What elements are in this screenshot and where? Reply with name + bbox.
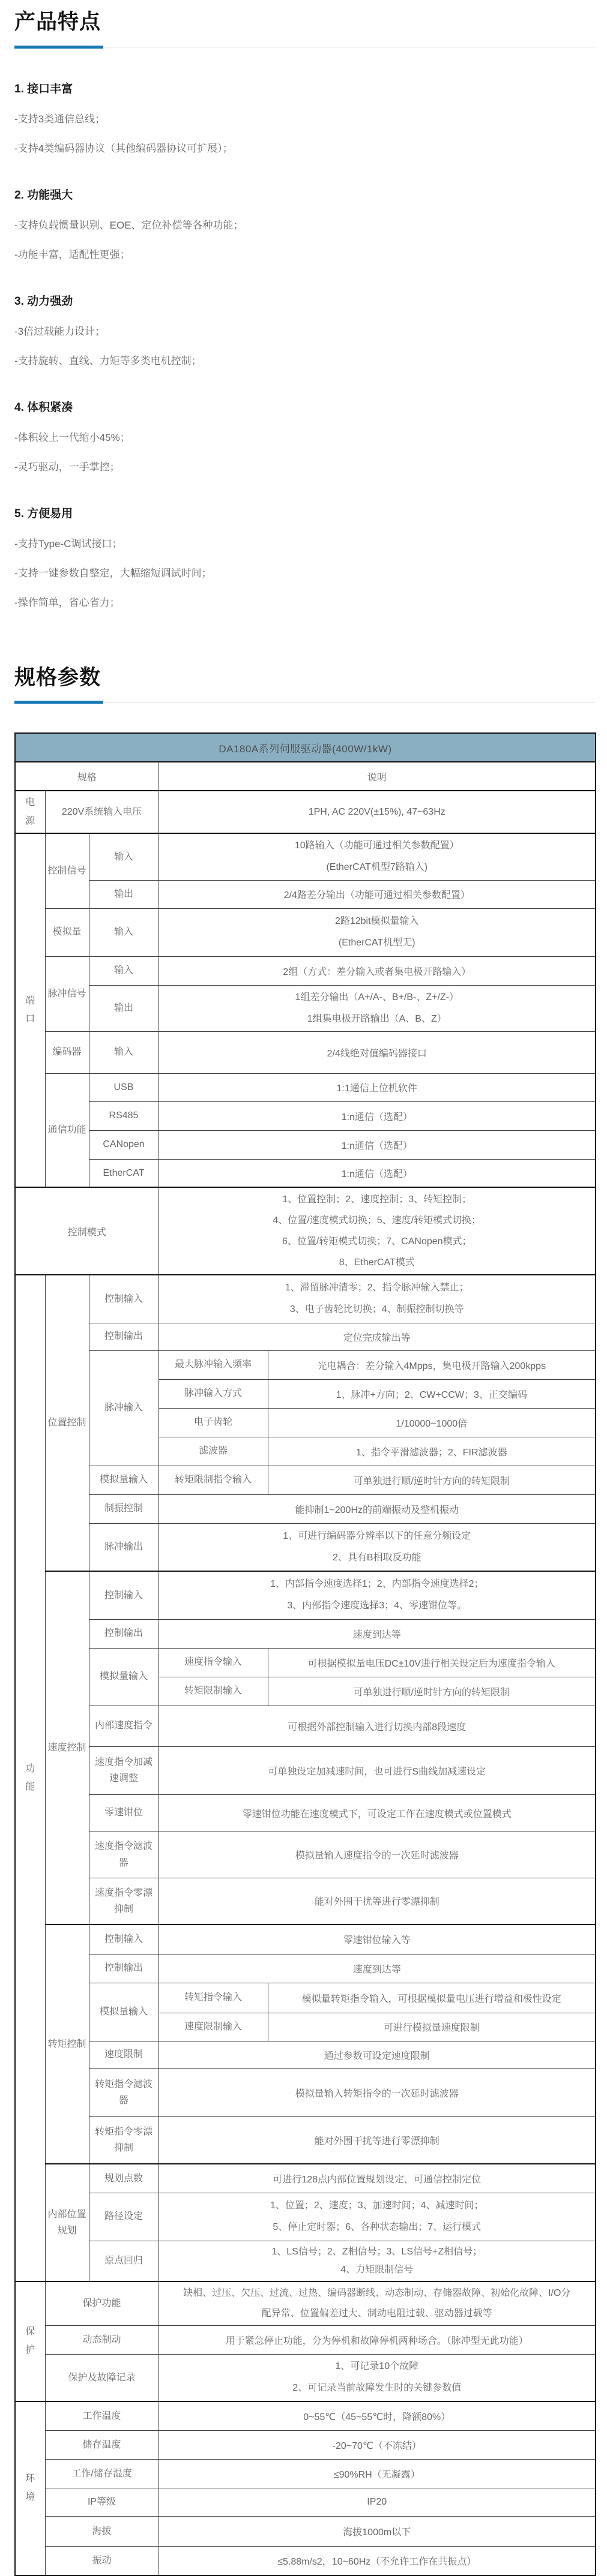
- title-underline: [14, 701, 595, 704]
- table-title-row: DA180A系列伺服驱动器(400W/1kW): [15, 733, 596, 762]
- table-row: 转矩控制 控制输入 零速钳位输入等: [15, 1925, 596, 1954]
- spec-label-cell: 控制输入: [89, 1275, 159, 1323]
- header-desc: 说明: [159, 762, 596, 791]
- spec-desc-cell: 可单独进行顺/逆时针方向的转矩限制: [268, 1677, 596, 1706]
- group-pulse-input: 脉冲输入: [89, 1350, 159, 1466]
- category-power: 电源: [15, 791, 45, 833]
- spec-desc-cell: 可单独设定加减速时间，也可进行S曲线加减速设定: [159, 1746, 596, 1794]
- spec-label-cell: 最大脉冲输入频率: [159, 1350, 268, 1379]
- table-row: 速度指令零漂抑制 能对外围干扰等进行零漂抑制: [15, 1878, 596, 1925]
- spec-label-cell: 海拔: [45, 2517, 159, 2547]
- table-row: 通信功能 USB 1:1通信上位机软件: [15, 1073, 596, 1101]
- spec-desc-cell: 1/10000~1000倍: [268, 1408, 596, 1437]
- table-row: 速度指令滤波器 模拟量输入速度指令的一次延时滤波器: [15, 1832, 596, 1878]
- spec-desc-cell: 2组（方式：差分输入或者集电极开路输入）: [159, 956, 596, 985]
- feature-heading: 2. 功能强大: [14, 186, 595, 202]
- table-row: 编码器 输入 2/4线绝对值编码器接口: [15, 1031, 596, 1073]
- spec-desc-cell: 1、指令平滑滤波器；2、FIR滤波器: [268, 1437, 596, 1466]
- table-row: 功能 位置控制 控制输入 1、滞留脉冲清零；2、指令脉冲输入禁止；3、电子齿轮比…: [15, 1275, 596, 1323]
- specs-title: 规格参数: [14, 664, 595, 692]
- spec-desc-cell: 可进行模拟量速度限制: [268, 2013, 596, 2041]
- spec-desc-cell: 可根据外部控制输入进行切换内部8段速度: [159, 1706, 596, 1746]
- feature-item: -功能丰富，适配性更强；: [14, 246, 595, 261]
- spec-desc-cell: 零速钳位输入等: [159, 1925, 596, 1954]
- group-analog-input: 模拟量输入: [89, 1648, 159, 1706]
- spec-desc-cell: 1:n通信（选配）: [159, 1159, 596, 1187]
- table-row: 控制输出 速度到达等: [15, 1954, 596, 1983]
- spec-desc-cell: 可根据模拟量电压DC±10V进行相关设定后为速度指令输入: [268, 1648, 596, 1677]
- spec-label-cell: 输出: [89, 985, 159, 1031]
- spec-label-cell: 路径设定: [89, 2193, 159, 2241]
- spec-label-cell: 速度限制: [89, 2041, 159, 2068]
- table-row: 动态制动 用于紧急停止功能，分为停机和故障停机两种场合。（脉冲型无此功能）: [15, 2326, 596, 2355]
- spec-desc-cell: 零速钳位功能在速度模式下，可设定工作在速度模式或位置模式: [159, 1794, 596, 1832]
- table-row: 转矩指令零漂抑制 能对外围干扰等进行零漂抑制: [15, 2116, 596, 2164]
- spec-label-cell: 速度指令加减速调整: [89, 1746, 159, 1794]
- group-encoder: 编码器: [45, 1031, 89, 1073]
- category-port: 端口: [15, 833, 45, 1187]
- table-row: CANopen 1:n通信（选配）: [15, 1130, 596, 1159]
- spec-label-cell: 内部速度指令: [89, 1706, 159, 1746]
- table-row: 端口 控制信号 输入 10路输入（功能可通过相关参数配置）(EtherCAT机型…: [15, 833, 596, 880]
- spec-label-cell: 规划点数: [89, 2164, 159, 2193]
- spec-label-cell: 工作温度: [45, 2401, 159, 2431]
- spec-desc-cell: 1:1通信上位机软件: [159, 1073, 596, 1101]
- spec-label-cell: 输入: [89, 1031, 159, 1073]
- group-analog-input: 模拟量输入: [89, 1983, 159, 2041]
- spec-label-cell: EtherCAT: [89, 1159, 159, 1187]
- spec-label-cell: 储存温度: [45, 2431, 159, 2460]
- spec-desc-cell: 速度到达等: [159, 1954, 596, 1983]
- spec-desc-cell: 模拟量输入速度指令的一次延时滤波器: [159, 1832, 596, 1878]
- spec-label-cell: 电子齿轮: [159, 1408, 268, 1437]
- spec-desc-cell: 能对外围干扰等进行零漂抑制: [159, 2116, 596, 2164]
- group-ctrl-signal: 控制信号: [45, 833, 89, 908]
- spec-desc-cell: 1、可记录10个故障2、可记录当前故障发生时的关键参数值: [159, 2355, 596, 2401]
- feature-item: -3倍过载能力设计；: [14, 323, 595, 338]
- spec-desc-cell: 速度到达等: [159, 1619, 596, 1648]
- feature-item: -支持4类编码器协议（其他编码器协议可扩展）；: [14, 140, 595, 155]
- spec-label-cell: 脉冲输入方式: [159, 1379, 268, 1408]
- spec-label-cell: RS485: [89, 1101, 159, 1130]
- underline-gray-line: [103, 47, 595, 47]
- spec-label-cell: 控制输出: [89, 1954, 159, 1983]
- group-position-control: 位置控制: [45, 1275, 89, 1571]
- table-row: 内部位置规划 规划点数 可进行128点内部位置规划设定，可通信控制定位: [15, 2164, 596, 2193]
- spec-label-cell: 保护及故障记录: [45, 2355, 159, 2401]
- table-row: 原点回归 1、LS信号；2、Z相信号；3、LS信号+Z相信号；4、力矩限制信号: [15, 2241, 596, 2281]
- spec-label-cell: USB: [89, 1073, 159, 1101]
- group-comm: 通信功能: [45, 1073, 89, 1187]
- table-row: 模拟量 输入 2路12bit模拟量输入(EtherCAT机型无): [15, 908, 596, 956]
- ctrl-mode-label: 控制模式: [15, 1187, 159, 1275]
- feature-group-usability: 5. 方便易用 -支持Type-C调试接口； -支持一键参数自整定，大幅缩短调试…: [14, 505, 595, 609]
- table-row: 储存温度 -20~70℃（不冻结）: [15, 2431, 596, 2460]
- spec-desc-cell: 能对外围干扰等进行零漂抑制: [159, 1878, 596, 1925]
- spec-label-cell: 输入: [89, 956, 159, 985]
- group-internal-position-plan: 内部位置规划: [45, 2164, 89, 2281]
- spec-desc-cell: IP20: [159, 2488, 596, 2517]
- spec-label-cell: 控制输出: [89, 1323, 159, 1350]
- spec-label-cell: 速度指令零漂抑制: [89, 1878, 159, 1925]
- table-row: 内部速度指令 可根据外部控制输入进行切换内部8段速度: [15, 1706, 596, 1746]
- spec-label-cell: 输入: [89, 833, 159, 880]
- table-row: 控制输出 速度到达等: [15, 1619, 596, 1648]
- spec-label-cell: CANopen: [89, 1130, 159, 1159]
- feature-item: -支持一键参数自整定，大幅缩短调试时间；: [14, 565, 595, 580]
- table-row: 控制模式 1、位置控制；2、速度控制；3、转矩控制； 4、位置/速度模式切换；5…: [15, 1187, 596, 1275]
- table-header-row: 规格 说明: [15, 762, 596, 791]
- table-row: 脉冲信号 输入 2组（方式：差分输入或者集电极开路输入）: [15, 956, 596, 985]
- table-row: EtherCAT 1:n通信（选配）: [15, 1159, 596, 1187]
- table-row: 速度控制 控制输入 1、内部指令速度选择1；2、内部指令速度选择2；3、内部指令…: [15, 1571, 596, 1619]
- title-underline: [14, 46, 595, 49]
- spec-label-cell: 控制输入: [89, 1925, 159, 1954]
- table-row: 零速钳位 零速钳位功能在速度模式下，可设定工作在速度模式或位置模式: [15, 1794, 596, 1832]
- spec-desc-cell: 2/4线绝对值编码器接口: [159, 1031, 596, 1073]
- spec-desc-cell: 海拔1000m以下: [159, 2517, 596, 2547]
- spec-desc-cell: 1、位置控制；2、速度控制；3、转矩控制； 4、位置/速度模式切换；5、速度/转…: [159, 1187, 596, 1275]
- spec-desc-cell: 10路输入（功能可通过相关参数配置）(EtherCAT机型7路输入): [159, 833, 596, 880]
- spec-desc-cell: 1、位置；2、速度；3、加速时间；4、减速时间；5、停止定时器；6、各种状态输出…: [159, 2193, 596, 2241]
- spec-label-cell: 速度指令输入: [159, 1648, 268, 1677]
- spec-desc-cell: 1、内部指令速度选择1；2、内部指令速度选择2；3、内部指令速度选择3；4、零速…: [159, 1571, 596, 1619]
- spec-label-cell: 转矩指令输入: [159, 1983, 268, 2013]
- category-function: 功能: [15, 1275, 45, 2281]
- spec-label-cell: 输入: [89, 908, 159, 956]
- feature-group-size: 4. 体积紧凑 -体积较上一代缩小45%； -灵巧驱动，一手掌控；: [14, 398, 595, 473]
- group-pulse-signal: 脉冲信号: [45, 956, 89, 1031]
- category-environment: 环境: [15, 2401, 45, 2575]
- feature-item: -支持负载惯量识别、EOE、定位补偿等各种功能；: [14, 217, 595, 232]
- spec-label-cell: 零速钳位: [89, 1794, 159, 1832]
- spec-label-cell: 工作/储存湿度: [45, 2460, 159, 2488]
- spec-label-cell: 转矩指令滤波器: [89, 2068, 159, 2116]
- spec-desc-cell: ≤5.88m/s2，10~60Hz（不允许工作在共振点）: [159, 2547, 596, 2575]
- table-row: 制振控制 能抑制1~200Hz的前端振动及整机振动: [15, 1494, 596, 1523]
- group-torque-control: 转矩控制: [45, 1925, 89, 2164]
- table-row: 速度指令加减速调整 可单独设定加减速时间，也可进行S曲线加减速设定: [15, 1746, 596, 1794]
- table-row: 转矩指令滤波器 模拟量输入转矩指令的一次延时滤波器: [15, 2068, 596, 2116]
- underline-accent-bar: [14, 46, 103, 49]
- spec-desc-cell: 1、滞留脉冲清零；2、指令脉冲输入禁止；3、电子齿轮比切换；4、制振控制切换等: [159, 1275, 596, 1323]
- spec-label-cell: 速度限制输入: [159, 2013, 268, 2041]
- spec-label-cell: 脉冲输出: [89, 1523, 159, 1571]
- spec-label-cell: 振动: [45, 2547, 159, 2575]
- feature-item: -操作简单，省心省力；: [14, 594, 595, 609]
- spec-desc-cell: 1、LS信号；2、Z相信号；3、LS信号+Z相信号；4、力矩限制信号: [159, 2241, 596, 2281]
- spec-label-cell: 220V系统输入电压: [45, 791, 159, 833]
- table-row: IP等级 IP20: [15, 2488, 596, 2517]
- table-row: 速度限制 通过参数可设定速度限制: [15, 2041, 596, 2068]
- table-row: 输出 1组差分输出（A+/A-、B+/B-、Z+/Z-）1组集电极开路输出（A、…: [15, 985, 596, 1031]
- spec-label-cell: 动态制动: [45, 2326, 159, 2355]
- table-row: 模拟量输入 速度指令输入 可根据模拟量电压DC±10V进行相关设定后为速度指令输…: [15, 1648, 596, 1677]
- table-row: RS485 1:n通信（选配）: [15, 1101, 596, 1130]
- spec-desc-cell: 能抑制1~200Hz的前端振动及整机振动: [159, 1494, 596, 1523]
- feature-item: -支持旋转、直线、力矩等多类电机控制；: [14, 352, 595, 367]
- table-row: 环境 工作温度 0~55℃（45~55℃时，降额80%）: [15, 2401, 596, 2431]
- feature-item: -体积较上一代缩小45%；: [14, 429, 595, 444]
- feature-heading: 5. 方便易用: [14, 505, 595, 521]
- spec-label-cell: 转矩限制输入: [159, 1677, 268, 1706]
- spec-desc-cell: 1:n通信（选配）: [159, 1130, 596, 1159]
- spec-label-cell: 制振控制: [89, 1494, 159, 1523]
- feature-heading: 4. 体积紧凑: [14, 398, 595, 415]
- group-speed-control: 速度控制: [45, 1571, 89, 1925]
- table-row: 海拔 海拔1000m以下: [15, 2517, 596, 2547]
- spec-desc-cell: 模拟量输入转矩指令的一次延时滤波器: [159, 2068, 596, 2116]
- table-row: 保护 保护功能 缺相、过压、欠压、过流、过热、编码器断线、动态制动、存储器故障、…: [15, 2281, 596, 2326]
- category-protection: 保护: [15, 2281, 45, 2401]
- spec-desc-cell: 可进行128点内部位置规划设定，可通信控制定位: [159, 2164, 596, 2193]
- spec-label-cell: 滤波器: [159, 1437, 268, 1466]
- spec-desc-cell: 可单独进行顺/逆时针方向的转矩限制: [268, 1466, 596, 1494]
- spec-desc-cell: 1PH, AC 220V(±15%), 47~63Hz: [159, 791, 596, 833]
- spec-label-cell: 保护功能: [45, 2281, 159, 2326]
- spec-desc-cell: 1组差分输出（A+/A-、B+/B-、Z+/Z-）1组集电极开路输出（A、B、Z…: [159, 985, 596, 1031]
- features-section: 产品特点 1. 接口丰富 -支持3类通信总线； -支持4类编码器协议（其他编码器…: [14, 8, 595, 609]
- header-spec: 规格: [15, 762, 159, 791]
- spec-label-cell: IP等级: [45, 2488, 159, 2517]
- table-row: 模拟量输入 转矩指令输入 模拟量转矩指令输入，可根据模拟量电压进行增益和极性设定: [15, 1983, 596, 2013]
- table-title: DA180A系列伺服驱动器(400W/1kW): [15, 733, 596, 762]
- spec-label-cell: 转矩限制指令输入: [159, 1466, 268, 1494]
- table-row: 控制输出 定位完成输出等: [15, 1323, 596, 1350]
- feature-item: -支持Type-C调试接口；: [14, 535, 595, 550]
- spec-desc-cell: 2路12bit模拟量输入(EtherCAT机型无): [159, 908, 596, 956]
- spec-label-cell: 输出: [89, 880, 159, 908]
- spec-desc-cell: 光电耦合：差分输入4Mpps，集电极开路输入200kpps: [268, 1350, 596, 1379]
- spec-table: DA180A系列伺服驱动器(400W/1kW) 规格 说明 电源 220V系统输…: [14, 732, 596, 2576]
- table-row: 脉冲输出 1、可进行编码器分辨率以下的任意分频设定2、具有B相取反功能: [15, 1523, 596, 1571]
- spec-label-cell: 控制输出: [89, 1619, 159, 1648]
- group-analog: 模拟量: [45, 908, 89, 956]
- table-row: 输出 2/4路差分输出（功能可通过相关参数配置）: [15, 880, 596, 908]
- specs-section: 规格参数 DA180A系列伺服驱动器(400W/1kW) 规格 说明 电源 22…: [14, 664, 595, 2576]
- spec-desc-cell: 1:n通信（选配）: [159, 1101, 596, 1130]
- table-row: 路径设定 1、位置；2、速度；3、加速时间；4、减速时间；5、停止定时器；6、各…: [15, 2193, 596, 2241]
- feature-item: -支持3类通信总线；: [14, 110, 595, 125]
- spec-desc-cell: 1、可进行编码器分辨率以下的任意分频设定2、具有B相取反功能: [159, 1523, 596, 1571]
- feature-group-functions: 2. 功能强大 -支持负载惯量识别、EOE、定位补偿等各种功能； -功能丰富，适…: [14, 186, 595, 261]
- spec-desc-cell: 缺相、过压、欠压、过流、过热、编码器断线、动态制动、存储器故障、初始化故障、I/…: [159, 2281, 596, 2326]
- spec-desc-cell: 0~55℃（45~55℃时，降额80%）: [159, 2401, 596, 2431]
- spec-label-cell: 速度指令滤波器: [89, 1832, 159, 1878]
- underline-gray-line: [103, 702, 595, 702]
- feature-item: -灵巧驱动，一手掌控；: [14, 458, 595, 473]
- table-row: 脉冲输入 最大脉冲输入频率 光电耦合：差分输入4Mpps，集电极开路输入200k…: [15, 1350, 596, 1379]
- feature-group-power: 3. 动力强劲 -3倍过载能力设计； -支持旋转、直线、力矩等多类电机控制；: [14, 292, 595, 367]
- group-analog-input: 模拟量输入: [89, 1466, 159, 1494]
- feature-heading: 3. 动力强劲: [14, 292, 595, 308]
- spec-label-cell: 控制输入: [89, 1571, 159, 1619]
- spec-desc-cell: ≤90%RH（无凝露）: [159, 2460, 596, 2488]
- feature-heading: 1. 接口丰富: [14, 80, 595, 96]
- feature-group-interfaces: 1. 接口丰富 -支持3类通信总线； -支持4类编码器协议（其他编码器协议可扩展…: [14, 80, 595, 155]
- spec-desc-cell: 用于紧急停止功能，分为停机和故障停机两种场合。（脉冲型无此功能）: [159, 2326, 596, 2355]
- table-row: 工作/储存湿度 ≤90%RH（无凝露）: [15, 2460, 596, 2488]
- page-content: 产品特点 1. 接口丰富 -支持3类通信总线； -支持4类编码器协议（其他编码器…: [14, 0, 595, 2576]
- spec-label-cell: 转矩指令零漂抑制: [89, 2116, 159, 2164]
- spec-label-cell: 原点回归: [89, 2241, 159, 2281]
- spec-desc-cell: 定位完成输出等: [159, 1323, 596, 1350]
- table-row: 振动 ≤5.88m/s2，10~60Hz（不允许工作在共振点）: [15, 2547, 596, 2575]
- table-row: 电源 220V系统输入电压 1PH, AC 220V(±15%), 47~63H…: [15, 791, 596, 833]
- spec-desc-cell: 1、脉冲+方向；2、CW+CCW；3、正交编码: [268, 1379, 596, 1408]
- spec-desc-cell: 模拟量转矩指令输入，可根据模拟量电压进行增益和极性设定: [268, 1983, 596, 2013]
- table-row: 模拟量输入 转矩限制指令输入 可单独进行顺/逆时针方向的转矩限制: [15, 1466, 596, 1494]
- spec-desc-cell: -20~70℃（不冻结）: [159, 2431, 596, 2460]
- features-title: 产品特点: [14, 8, 595, 36]
- spec-desc-cell: 2/4路差分输出（功能可通过相关参数配置）: [159, 880, 596, 908]
- spec-desc-cell: 通过参数可设定速度限制: [159, 2041, 596, 2068]
- underline-accent-bar: [14, 701, 103, 704]
- table-row: 保护及故障记录 1、可记录10个故障2、可记录当前故障发生时的关键参数值: [15, 2355, 596, 2401]
